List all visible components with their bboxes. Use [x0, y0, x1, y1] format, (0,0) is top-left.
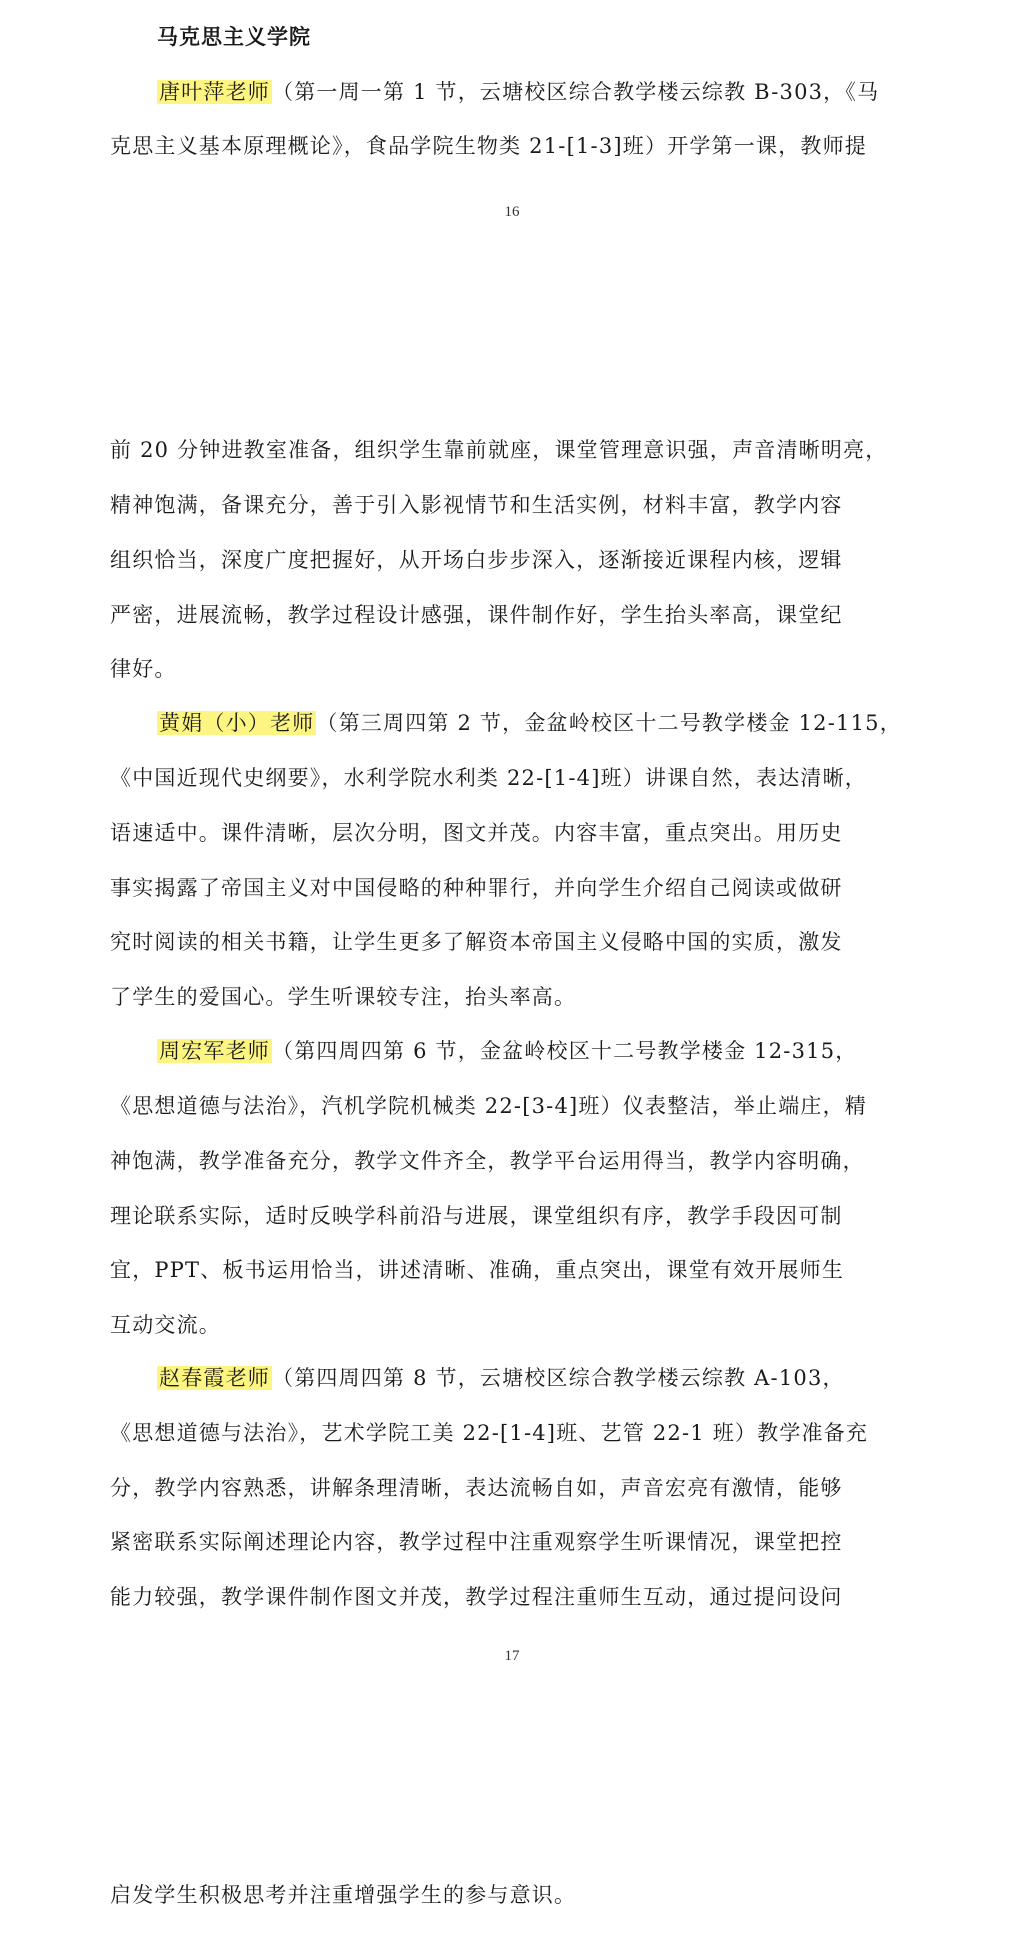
entry-line: 《思想道德与法治》，艺术学院工美 22-[1-4]班、艺管 22-1 班）教学准… — [110, 1418, 920, 1448]
teacher-name-highlight: 唐叶萍老师 — [157, 80, 272, 104]
entry-line: 互动交流。 — [110, 1310, 920, 1340]
entry-line: 律好。 — [110, 654, 920, 684]
entry-line: 精神饱满，备课充分，善于引入影视情节和生活实例，材料丰富，教学内容 — [110, 490, 920, 520]
entry-line: 唐叶萍老师（第一周一第 1 节，云塘校区综合教学楼云综教 B-303，《马 — [157, 77, 920, 107]
entry-text: （第三周四第 2 节，金盆岭校区十二号教学楼金 12-115， — [316, 711, 902, 735]
entry-line: 理论联系实际，适时反映学科前沿与进展，课堂组织有序，教学手段因可制 — [110, 1201, 920, 1231]
entry-line: 事实揭露了帝国主义对中国侵略的种种罪行，并向学生介绍自己阅读或做研 — [110, 873, 920, 903]
entry-text: （第四周四第 8 节，云塘校区综合教学楼云综教 A-103， — [272, 1366, 845, 1390]
entry-line: 《中国近现代史纲要》，水利学院水利类 22-[1-4]班）讲课自然，表达清晰， — [110, 763, 920, 793]
entry-line: 前 20 分钟进教室准备，组织学生靠前就座，课堂管理意识强，声音清晰明亮， — [110, 435, 920, 465]
entry-line: 黄娟（小）老师（第三周四第 2 节，金盆岭校区十二号教学楼金 12-115， — [157, 708, 920, 738]
entry-line: 《思想道德与法治》，汽机学院机械类 22-[3-4]班）仪表整洁，举止端庄，精 — [110, 1091, 920, 1121]
page-number: 16 — [0, 204, 1024, 221]
entry-line: 严密，进展流畅，教学过程设计感强，课件制作好，学生抬头率高，课堂纪 — [110, 600, 920, 630]
entry-line: 了学生的爱国心。学生听课较专注，抬头率高。 — [110, 982, 920, 1012]
entry-line: 究时阅读的相关书籍，让学生更多了解资本帝国主义侵略中国的实质，激发 — [110, 927, 920, 957]
section-title: 马克思主义学院 — [157, 22, 311, 52]
teacher-name-highlight: 黄娟（小）老师 — [157, 711, 316, 735]
teacher-name-highlight: 赵春霞老师 — [157, 1366, 272, 1390]
entry-line: 启发学生积极思考并注重增强学生的参与意识。 — [110, 1880, 920, 1910]
entry-line: 紧密联系实际阐述理论内容，教学过程中注重观察学生听课情况，课堂把控 — [110, 1527, 920, 1557]
entry-line: 分，教学内容熟悉，讲解条理清晰，表达流畅自如，声音宏亮有激情，能够 — [110, 1473, 920, 1503]
page-number: 17 — [0, 1648, 1024, 1665]
entry-line: 神饱满，教学准备充分，教学文件齐全，教学平台运用得当，教学内容明确， — [110, 1146, 920, 1176]
entry-line: 克思主义基本原理概论》，食品学院生物类 21-[1-3]班）开学第一课，教师提 — [110, 131, 920, 161]
entry-line: 语速适中。课件清晰，层次分明，图文并茂。内容丰富，重点突出。用历史 — [110, 818, 920, 848]
entry-text: （第四周四第 6 节，金盆岭校区十二号教学楼金 12-315， — [272, 1039, 858, 1063]
entry-line: 宜，PPT、板书运用恰当，讲述清晰、准确，重点突出，课堂有效开展师生 — [110, 1255, 920, 1285]
teacher-name-highlight: 周宏军老师 — [157, 1039, 272, 1063]
entry-line: 能力较强，教学课件制作图文并茂，教学过程注重师生互动，通过提问设问 — [110, 1582, 920, 1612]
entry-line: 组织恰当，深度广度把握好，从开场白步步深入，逐渐接近课程内核，逻辑 — [110, 545, 920, 575]
entry-line: 赵春霞老师（第四周四第 8 节，云塘校区综合教学楼云综教 A-103， — [157, 1363, 920, 1393]
entry-line: 周宏军老师（第四周四第 6 节，金盆岭校区十二号教学楼金 12-315， — [157, 1036, 920, 1066]
entry-text: （第一周一第 1 节，云塘校区综合教学楼云综教 B-303，《马 — [272, 80, 879, 104]
